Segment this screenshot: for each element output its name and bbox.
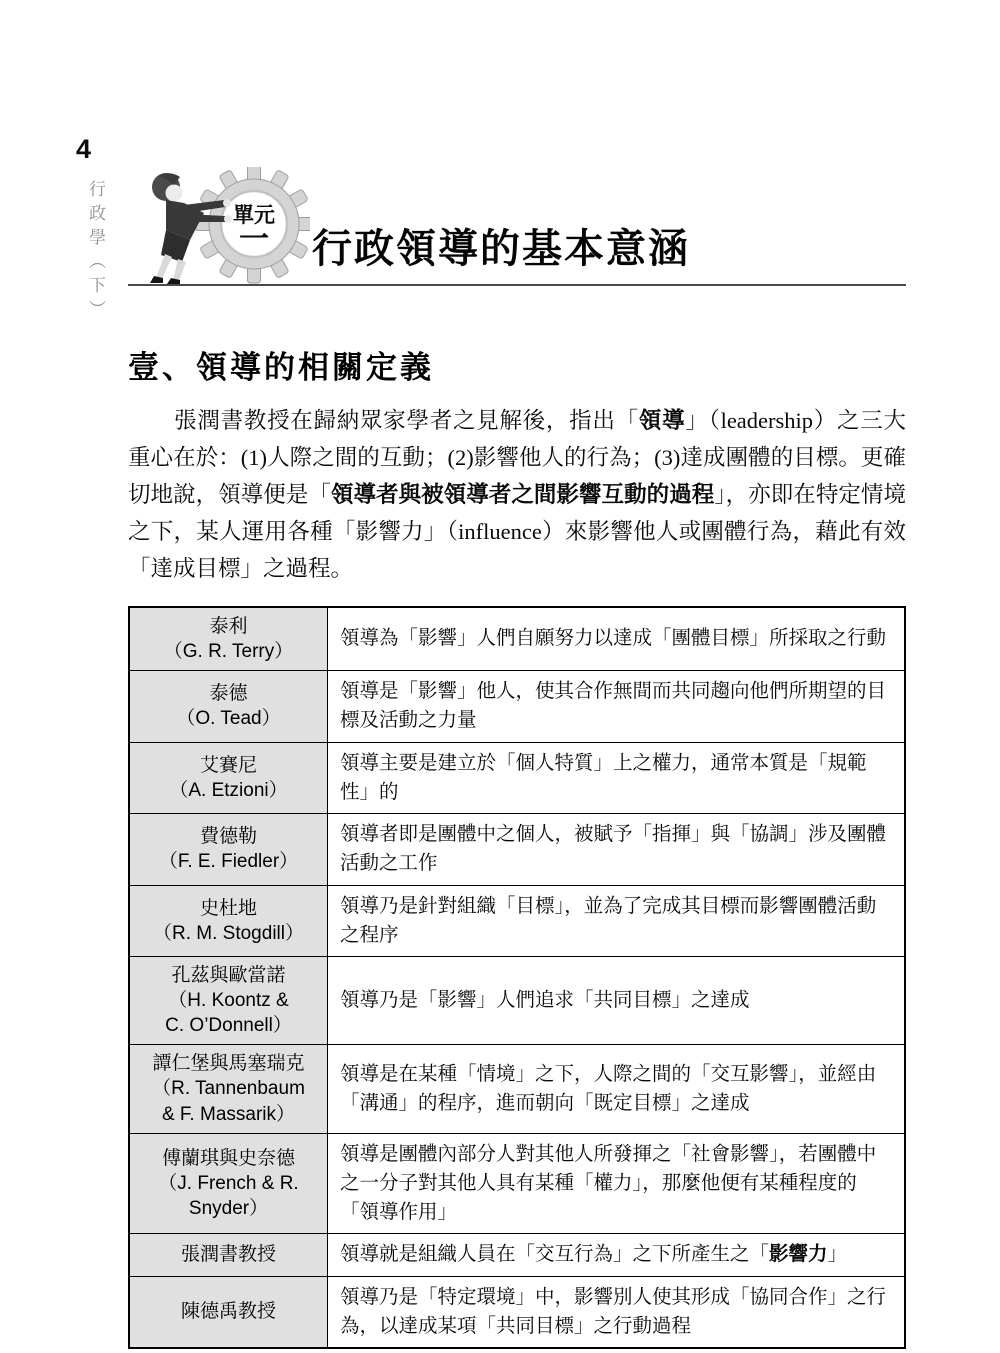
- table-row: 陳德禹教授 領導乃是「特定環境」中，影響別人使其形成「協同合作」之行為，以達成某…: [129, 1276, 905, 1348]
- scholar-name: 史杜地（R. M. Stogdill）: [129, 885, 328, 957]
- scholar-name: 費德勒（F. E. Fiedler）: [129, 814, 328, 886]
- definitions-table-body: 泰利（G. R. Terry） 領導為「影響」人們自願努力以達成「團體目標」所採…: [129, 607, 905, 1348]
- intro-paragraph: 張潤書教授在歸納眾家學者之見解後，指出「領導」（leadership）之三大重心…: [128, 402, 906, 587]
- definition-text: 領導乃是「特定環境」中，影響別人使其形成「協同合作」之行為，以達成某項「共同目標…: [328, 1276, 906, 1348]
- gear-icon: 單元 一: [195, 167, 310, 283]
- table-row: 傅蘭琪與史奈德（J. French & R.Snyder） 領導是團體內部分人對…: [129, 1133, 905, 1234]
- definition-text: 領導乃是「影響」人們追求「共同目標」之達成: [328, 957, 906, 1045]
- definition-text: 領導是「影響」他人，使其合作無間而共同趨向他們所期望的目標及活動之力量: [328, 671, 906, 743]
- table-row: 泰德（O. Tead） 領導是「影響」他人，使其合作無間而共同趨向他們所期望的目…: [129, 671, 905, 743]
- table-row: 艾賽尼（A. Etzioni） 領導主要是建立於「個人特質」上之權力，通常本質是…: [129, 742, 905, 814]
- definition-text: 領導為「影響」人們自願努力以達成「團體目標」所採取之行動: [328, 607, 906, 671]
- table-row: 費德勒（F. E. Fiedler） 領導者即是團體中之個人，被賦予「指揮」與「…: [129, 814, 905, 886]
- section-heading: 壹、領導的相關定義: [128, 342, 906, 387]
- definition-text: 領導者即是團體中之個人，被賦予「指揮」與「協調」涉及團體活動之工作: [328, 814, 906, 886]
- definition-text: 領導主要是建立於「個人特質」上之權力，通常本質是「規範性」的: [328, 742, 906, 814]
- unit-graphic: 單元 一: [128, 167, 310, 285]
- page-number: 4: [76, 136, 122, 163]
- definition-text: 領導是團體內部分人對其他人所發揮之「社會影響」，若團體中之一分子對其他人具有某種…: [328, 1133, 906, 1234]
- scholar-name: 張潤書教授: [129, 1234, 328, 1276]
- scholar-name: 孔茲與歐當諾（H. Koontz &C. O’Donnell）: [129, 957, 328, 1045]
- definition-text: 領導就是組織人員在「交互行為」之下所產生之「影響力」: [328, 1234, 906, 1276]
- scholar-name: 譚仁堡與馬塞瑞克（R. Tannenbaum& F. Massarik）: [129, 1045, 328, 1133]
- scholar-name: 泰利（G. R. Terry）: [129, 607, 328, 671]
- definitions-table: 泰利（G. R. Terry） 領導為「影響」人們自願努力以達成「團體目標」所採…: [128, 606, 906, 1349]
- unit-title: 行政領導的基本意涵: [312, 217, 690, 274]
- book-page: 4 行政學（下）: [0, 0, 1000, 1353]
- table-row: 孔茲與歐當諾（H. Koontz &C. O’Donnell） 領導乃是「影響」…: [129, 957, 905, 1045]
- page-margin-sidebar: 4 行政學（下）: [76, 136, 122, 440]
- scholar-name: 艾賽尼（A. Etzioni）: [129, 742, 328, 814]
- unit-number-text: 一: [239, 223, 269, 256]
- book-edge-label: 行政學（下）: [83, 180, 108, 440]
- table-row: 譚仁堡與馬塞瑞克（R. Tannenbaum& F. Massarik） 領導是…: [129, 1045, 905, 1133]
- table-row: 張潤書教授 領導就是組織人員在「交互行為」之下所產生之「影響力」: [129, 1234, 905, 1276]
- table-row: 泰利（G. R. Terry） 領導為「影響」人們自願努力以達成「團體目標」所採…: [129, 607, 905, 671]
- definition-text: 領導是在某種「情境」之下，人際之間的「交互影響」，並經由「溝通」的程序，進而朝向…: [328, 1045, 906, 1133]
- table-row: 史杜地（R. M. Stogdill） 領導乃是針對組織「目標」，並為了完成其目…: [129, 885, 905, 957]
- unit-header: 單元 一: [128, 165, 906, 286]
- scholar-name: 泰德（O. Tead）: [129, 671, 328, 743]
- scholar-name: 陳德禹教授: [129, 1276, 328, 1348]
- definition-text: 領導乃是針對組織「目標」，並為了完成其目標而影響團體活動之程序: [328, 885, 906, 957]
- content-column: 單元 一: [128, 0, 906, 1349]
- scholar-name: 傅蘭琪與史奈德（J. French & R.Snyder）: [129, 1133, 328, 1234]
